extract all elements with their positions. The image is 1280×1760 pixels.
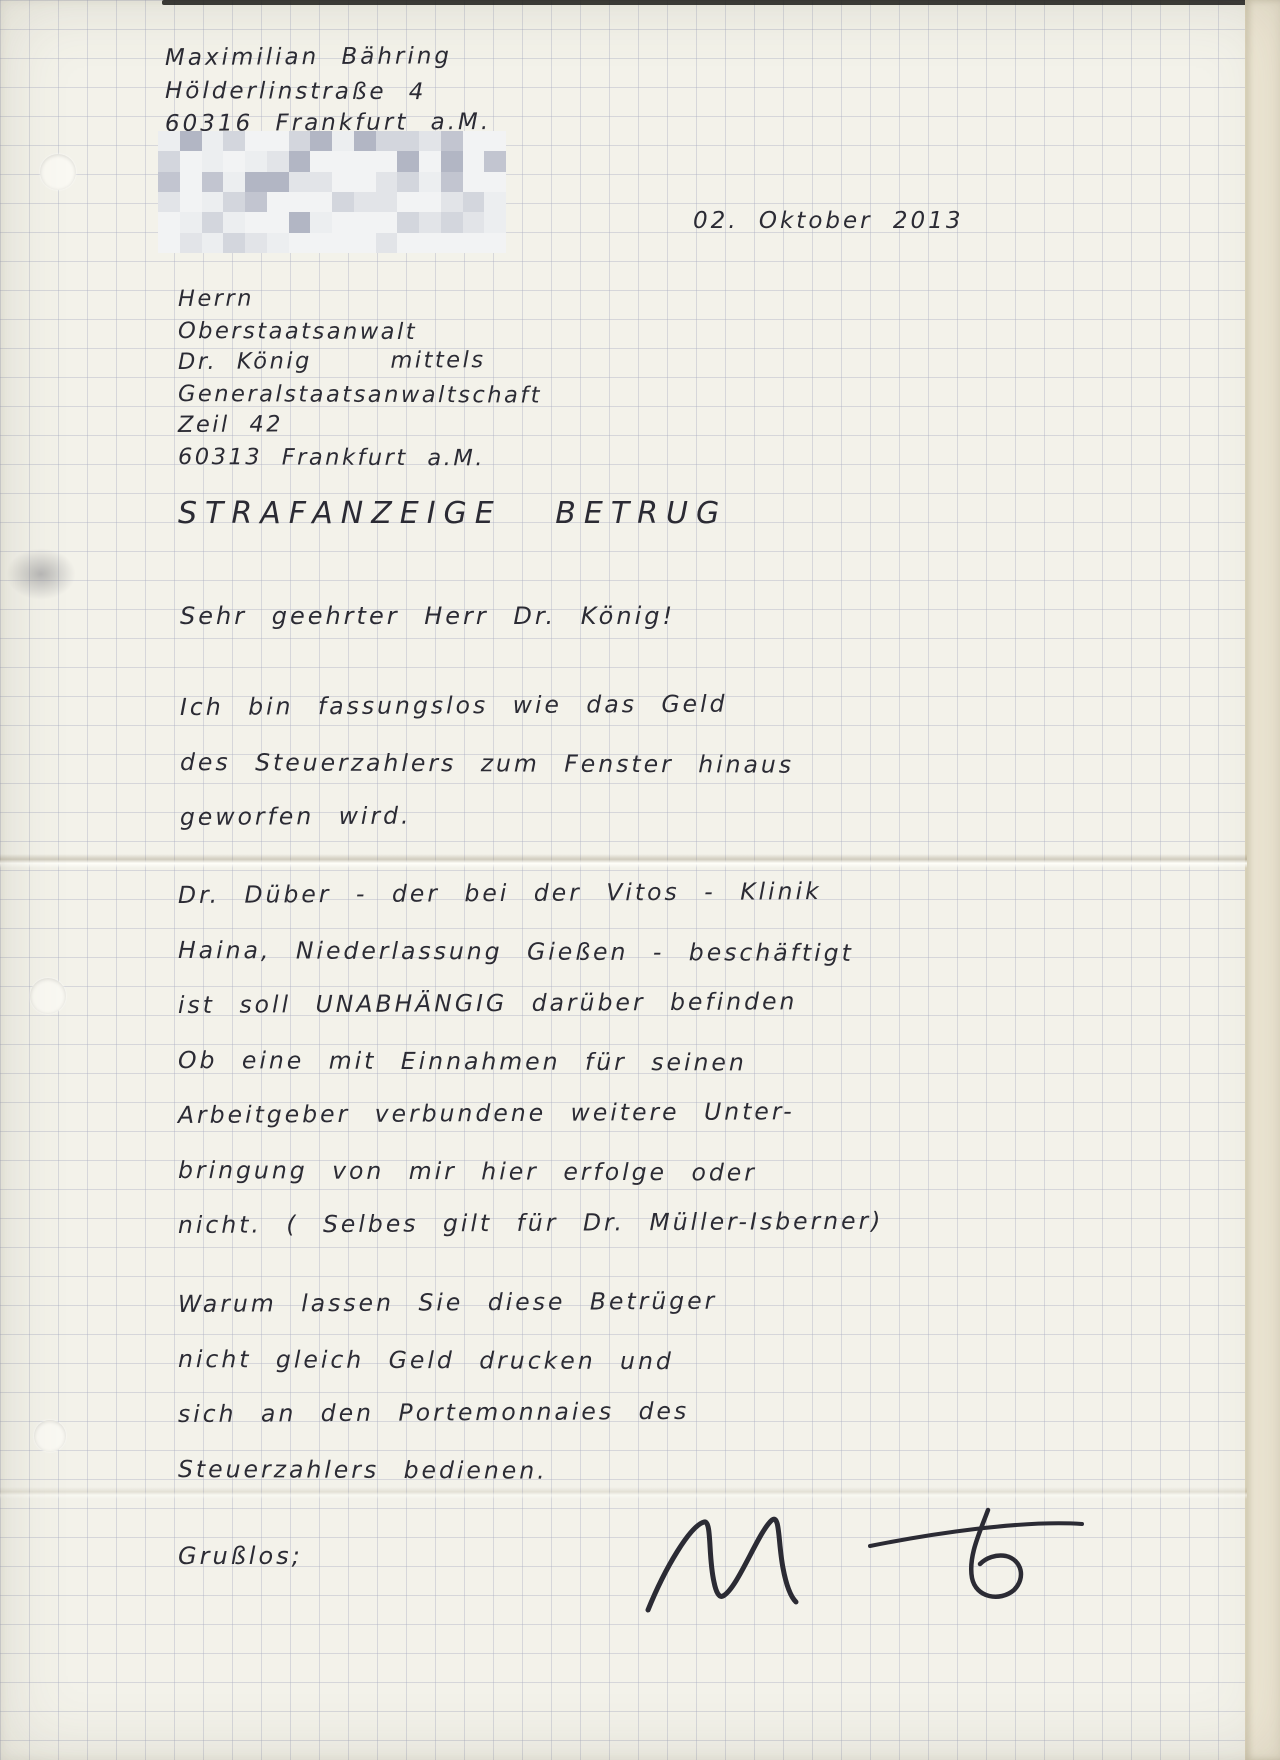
body-line: geworfen wird. xyxy=(180,796,794,855)
body-line: Arbeitgeber verbundene weitere Unter- xyxy=(178,1094,884,1153)
redaction-pixel xyxy=(310,172,332,192)
redaction-pixel xyxy=(202,233,224,253)
redaction-pixel xyxy=(376,131,398,151)
salutation: Sehr geehrter Herr Dr. König! xyxy=(180,602,675,630)
body-line: nicht gleich Geld drucken und xyxy=(178,1342,718,1399)
scanner-edge-artifact xyxy=(162,0,1250,5)
redaction-pixel xyxy=(419,172,441,192)
redaction-pixel xyxy=(419,151,441,171)
closing-formula: Grußlos; xyxy=(178,1542,303,1570)
subject-line: STRAFANZEIGE BETRUG xyxy=(178,496,727,531)
redaction-pixel xyxy=(376,151,398,171)
redaction-pixel xyxy=(289,212,311,232)
redaction-pixel xyxy=(463,172,485,192)
redaction-pixel xyxy=(484,172,506,192)
redaction-pixel xyxy=(267,172,289,192)
redaction-pixel xyxy=(310,212,332,232)
punch-hole xyxy=(30,978,66,1014)
redaction-pixel xyxy=(376,233,398,253)
redaction-pixel xyxy=(354,233,376,253)
redaction-pixel xyxy=(245,212,267,232)
punch-hole xyxy=(40,154,76,190)
redaction-pixel xyxy=(180,172,202,192)
redaction-pixel xyxy=(223,212,245,232)
body-line: Warum lassen Sie diese Betrüger xyxy=(178,1284,718,1342)
redaction-pixel xyxy=(202,131,224,151)
redaction-pixel xyxy=(484,192,506,212)
recipient-address-block: Herrn Oberstaatsanwalt Dr. König mittels… xyxy=(178,284,542,473)
redaction-pixel xyxy=(332,151,354,171)
redaction-pixel xyxy=(223,192,245,212)
body-line: Dr. Düber - der bei der Vitos - Klinik xyxy=(178,874,884,933)
paragraph-2: Dr. Düber - der bei der Vitos - Klinik H… xyxy=(178,878,883,1263)
redaction-pixel xyxy=(441,192,463,212)
redaction-pixel xyxy=(332,172,354,192)
redaction-pixel xyxy=(332,131,354,151)
redaction-pixel xyxy=(245,131,267,151)
redaction-pixel xyxy=(332,192,354,212)
redaction-pixel xyxy=(441,212,463,232)
redaction-pixel xyxy=(267,151,289,171)
redaction-pixel xyxy=(289,192,311,212)
redaction-pixel xyxy=(463,212,485,232)
signature xyxy=(620,1498,1100,1638)
body-line: bringung von mir hier erfolge oder xyxy=(178,1153,884,1211)
paper-right-margin xyxy=(1245,0,1280,1760)
redaction-pixel xyxy=(158,233,180,253)
redaction-pixel xyxy=(180,131,202,151)
recipient-line: Generalstaatsanwaltschaft xyxy=(178,379,542,412)
redaction-pixel xyxy=(354,212,376,232)
recipient-line: Zeil 42 xyxy=(178,408,542,442)
redaction-pixel xyxy=(354,151,376,171)
redaction-pixel xyxy=(463,233,485,253)
redaction-pixel xyxy=(245,172,267,192)
redaction-pixel xyxy=(158,151,180,171)
redaction-pixel xyxy=(310,131,332,151)
redaction-pixel xyxy=(158,212,180,232)
redaction-pixel xyxy=(245,151,267,171)
body-line: nicht. ( Selbes gilt für Dr. Müller-Isbe… xyxy=(178,1204,884,1263)
redaction-pixel xyxy=(223,151,245,171)
redaction-pixel xyxy=(332,212,354,232)
redaction-pixel xyxy=(419,131,441,151)
redaction-pixel xyxy=(463,131,485,151)
redaction-pixel xyxy=(441,233,463,253)
redaction-pixel xyxy=(289,172,311,192)
redaction-pixel xyxy=(463,192,485,212)
redaction-pixel xyxy=(354,131,376,151)
redaction-pixel xyxy=(484,151,506,171)
redaction-pixel xyxy=(310,192,332,212)
body-line: ist soll UNABHÄNGIG darüber befinden xyxy=(178,984,884,1043)
redaction-pixel xyxy=(202,172,224,192)
sender-name: Maximilian Bähring xyxy=(165,40,491,75)
recipient-line: Dr. König mittels xyxy=(178,345,542,379)
recipient-line: Herrn xyxy=(178,282,542,316)
redaction-pixel xyxy=(289,131,311,151)
body-line: Ob eine mit Einnahmen für seinen xyxy=(178,1043,884,1101)
redaction-pixel xyxy=(419,212,441,232)
sender-address-block: Maximilian Bähring Hölderlinstraße 4 603… xyxy=(165,42,491,141)
redaction-pixel xyxy=(180,212,202,232)
redaction-pixel xyxy=(419,233,441,253)
redaction-pixel xyxy=(332,233,354,253)
recipient-line: Oberstaatsanwalt xyxy=(178,316,542,349)
redaction-pixel xyxy=(484,233,506,253)
redaction-pixel xyxy=(397,131,419,151)
redaction-pixel xyxy=(484,212,506,232)
body-line: Haina, Niederlassung Gießen - beschäftig… xyxy=(178,933,884,991)
redaction-pixel xyxy=(397,233,419,253)
sender-street: Hölderlinstraße 4 xyxy=(165,75,491,109)
redaction-pixel xyxy=(441,131,463,151)
redaction-pixel xyxy=(310,151,332,171)
paragraph-3: Warum lassen Sie diese Betrüger nicht gl… xyxy=(178,1287,717,1507)
redaction-pixel xyxy=(397,151,419,171)
redaction-block xyxy=(158,131,506,253)
redaction-pixel xyxy=(397,192,419,212)
letter-date: 02. Oktober 2013 xyxy=(693,208,963,234)
redaction-pixel xyxy=(354,192,376,212)
redaction-pixel xyxy=(223,131,245,151)
scan-smudge xyxy=(6,548,76,600)
fold-crease-top xyxy=(0,854,1247,868)
redaction-pixel xyxy=(202,212,224,232)
paragraph-1: Ich bin fassungslos wie das Geld des Ste… xyxy=(180,690,794,855)
redaction-pixel xyxy=(419,192,441,212)
redaction-pixel xyxy=(202,192,224,212)
redaction-pixel xyxy=(180,151,202,171)
redaction-pixel xyxy=(180,233,202,253)
recipient-line: 60313 Frankfurt a.M. xyxy=(178,442,542,475)
redaction-pixel xyxy=(158,172,180,192)
redaction-pixel xyxy=(441,151,463,171)
redaction-pixel xyxy=(484,131,506,151)
redaction-pixel xyxy=(310,233,332,253)
body-line: Ich bin fassungslos wie das Geld xyxy=(180,686,794,745)
redaction-pixel xyxy=(245,192,267,212)
redaction-pixel xyxy=(267,233,289,253)
redaction-pixel xyxy=(289,151,311,171)
body-line: sich an den Portemonnaies des xyxy=(178,1394,718,1452)
redaction-pixel xyxy=(397,172,419,192)
body-line: des Steuerzahlers zum Fenster hinaus xyxy=(180,745,794,803)
redaction-pixel xyxy=(158,192,180,212)
redaction-pixel xyxy=(245,233,267,253)
redaction-pixel xyxy=(158,131,180,151)
redaction-pixel xyxy=(223,172,245,192)
redaction-pixel xyxy=(397,212,419,232)
redaction-pixel xyxy=(463,151,485,171)
redaction-pixel xyxy=(267,192,289,212)
redaction-pixel xyxy=(376,212,398,232)
redaction-pixel xyxy=(441,172,463,192)
redaction-pixel xyxy=(267,131,289,151)
redaction-pixel xyxy=(376,172,398,192)
redaction-pixel xyxy=(180,192,202,212)
redaction-pixel xyxy=(376,192,398,212)
redaction-pixel xyxy=(289,233,311,253)
redaction-pixel xyxy=(223,233,245,253)
redaction-pixel xyxy=(354,172,376,192)
redaction-pixel xyxy=(202,151,224,171)
scanned-letter-page: Maximilian Bähring Hölderlinstraße 4 603… xyxy=(0,0,1280,1760)
redaction-pixel xyxy=(267,212,289,232)
punch-hole xyxy=(34,1420,66,1452)
